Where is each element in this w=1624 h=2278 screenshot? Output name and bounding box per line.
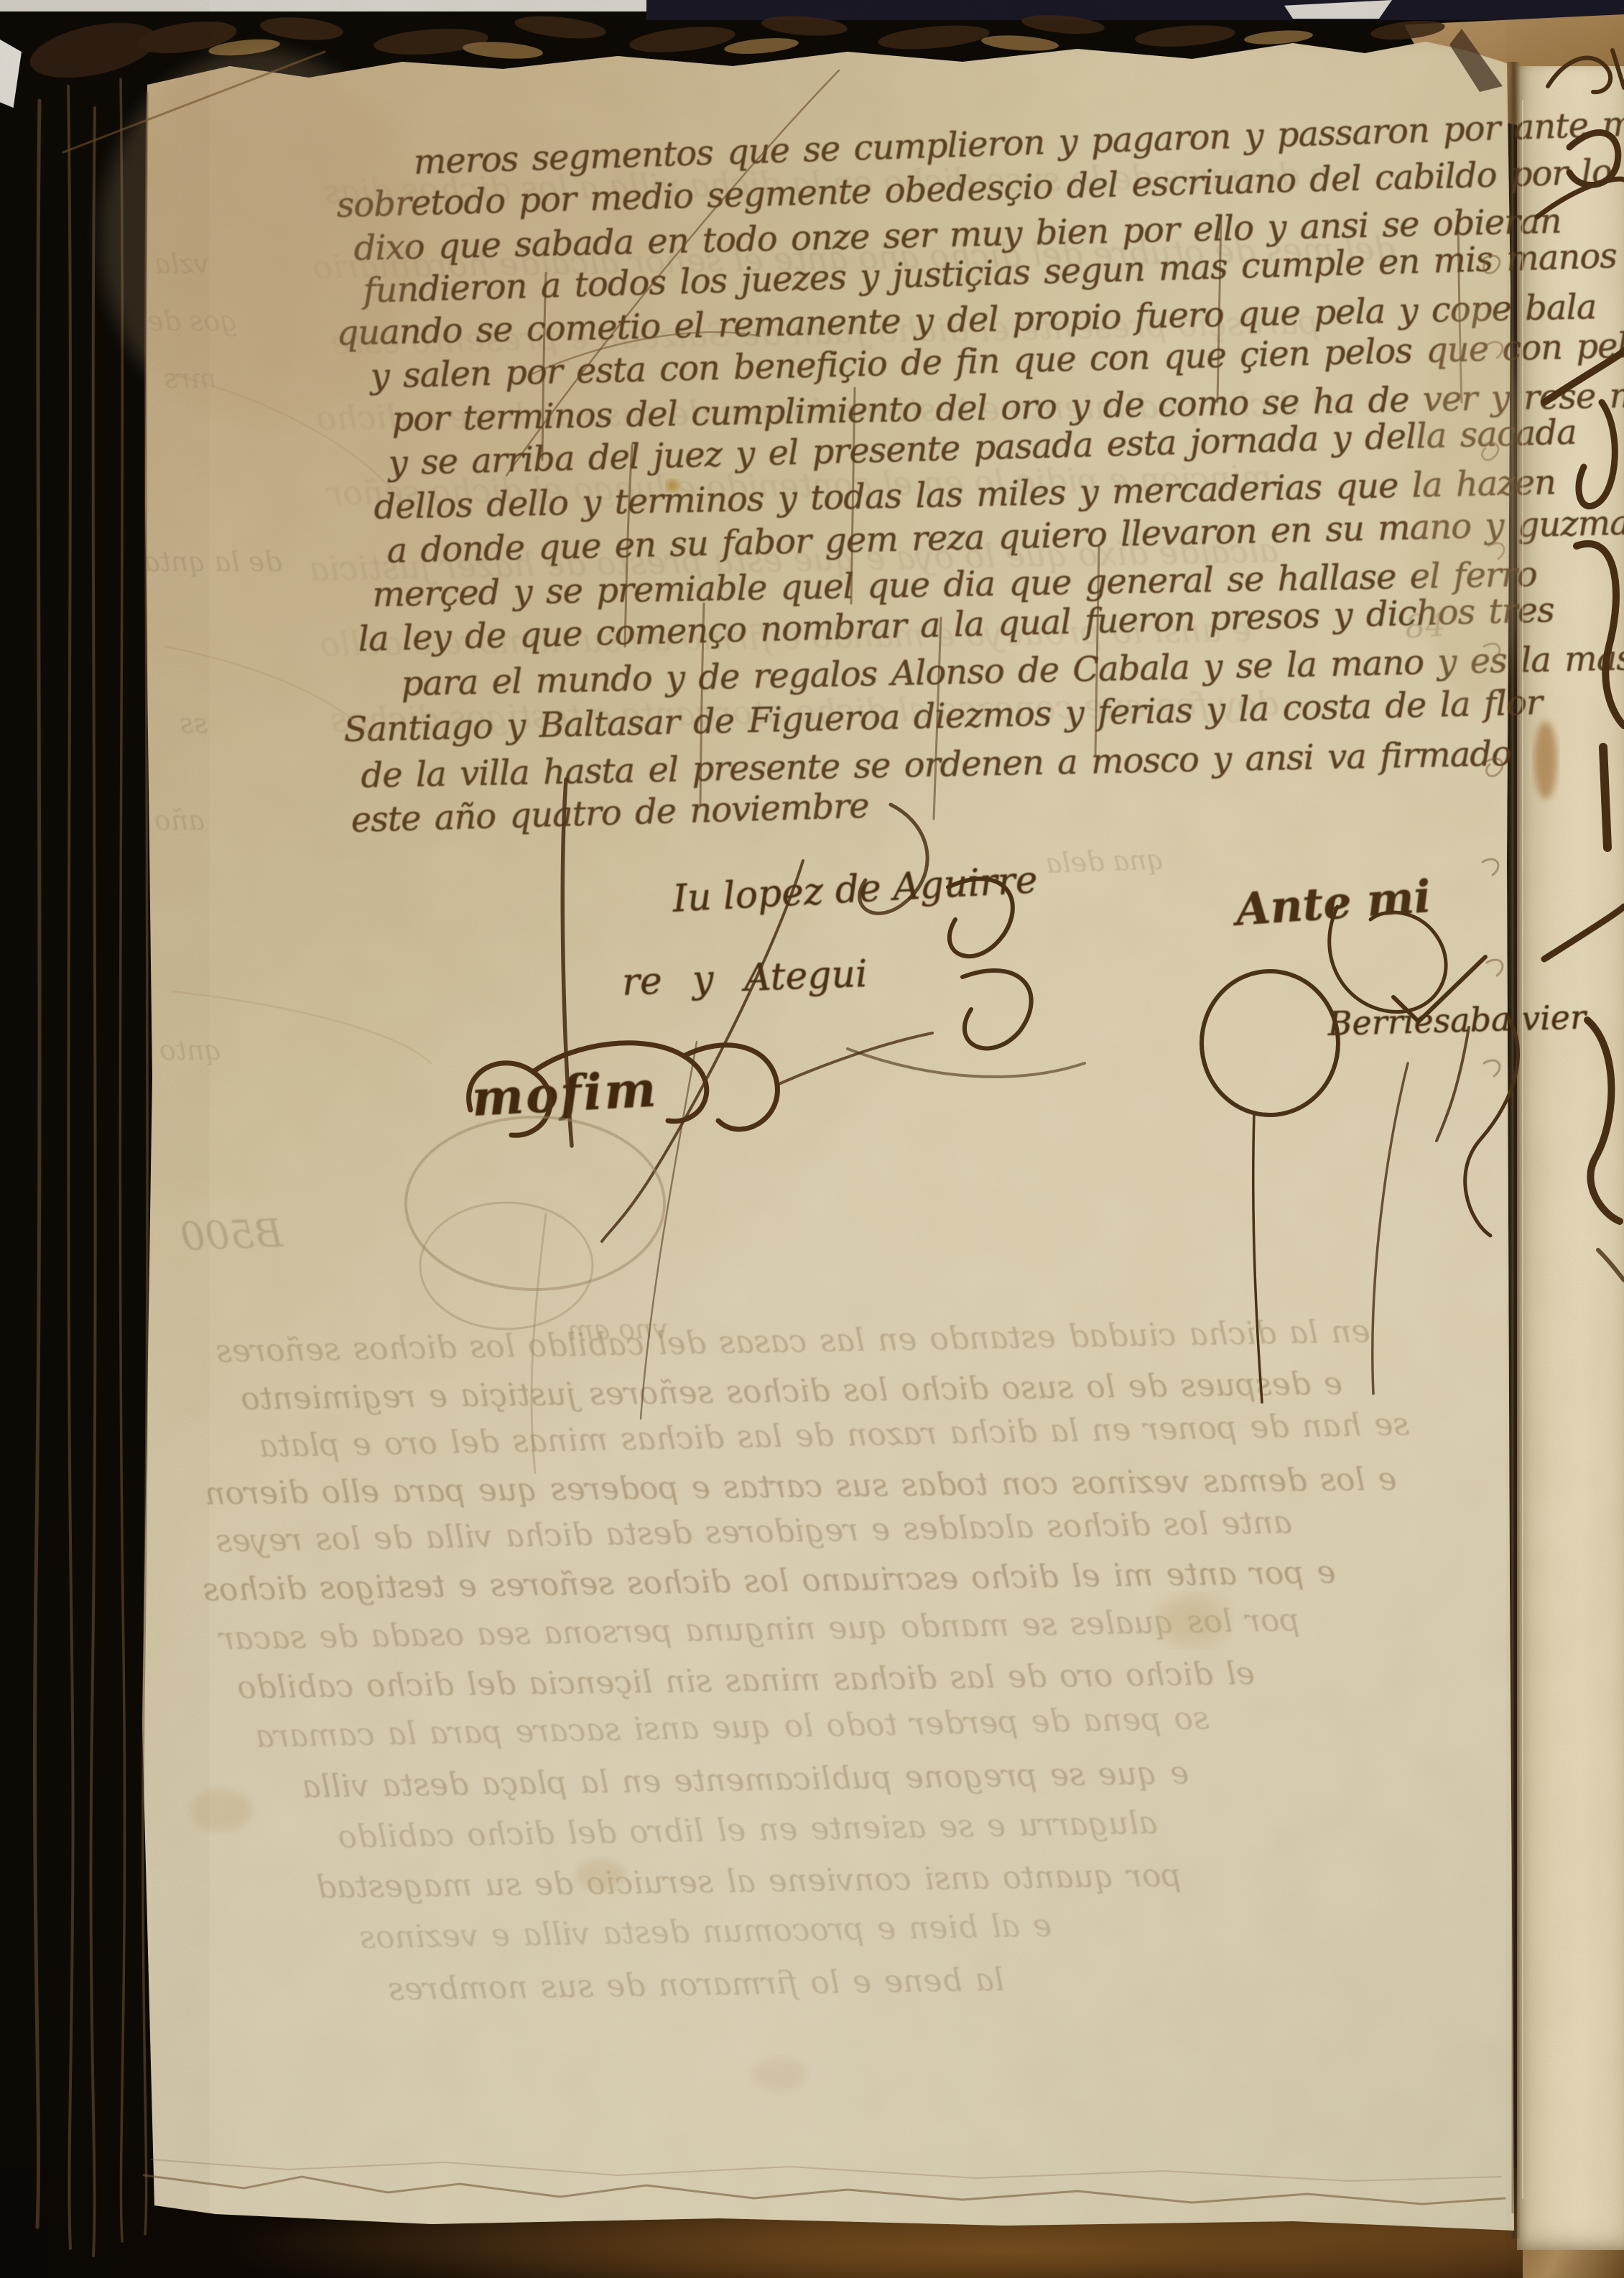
manuscript-scan: e despues de lo suso dicho en la dicha v… [0, 0, 1624, 2278]
ghost-fragment: vzla [154, 248, 209, 279]
ghost-fragment: año [154, 805, 205, 836]
ghost-fragment: qnto [159, 1034, 222, 1066]
ghost-fragment: vno am [567, 1313, 668, 1346]
ghost-fragment: mrs [164, 363, 217, 394]
scrawl-mark-word: mofim [470, 1060, 659, 1127]
ghost-fragment: gos de [147, 305, 238, 337]
ghost-fragment: de la qnta [144, 546, 282, 578]
signature-notary-berriesaba: Berriesaba vier [1327, 998, 1587, 1043]
signature-lopez-de-aguirre-line2: re y Ategui [621, 953, 868, 1004]
ghost-fragment: B500 [180, 1210, 284, 1259]
ghost-fragment: ss [180, 708, 208, 739]
binding-top-navy-strip [646, 0, 1624, 20]
ghost-fragment: qna dela [1045, 843, 1165, 879]
